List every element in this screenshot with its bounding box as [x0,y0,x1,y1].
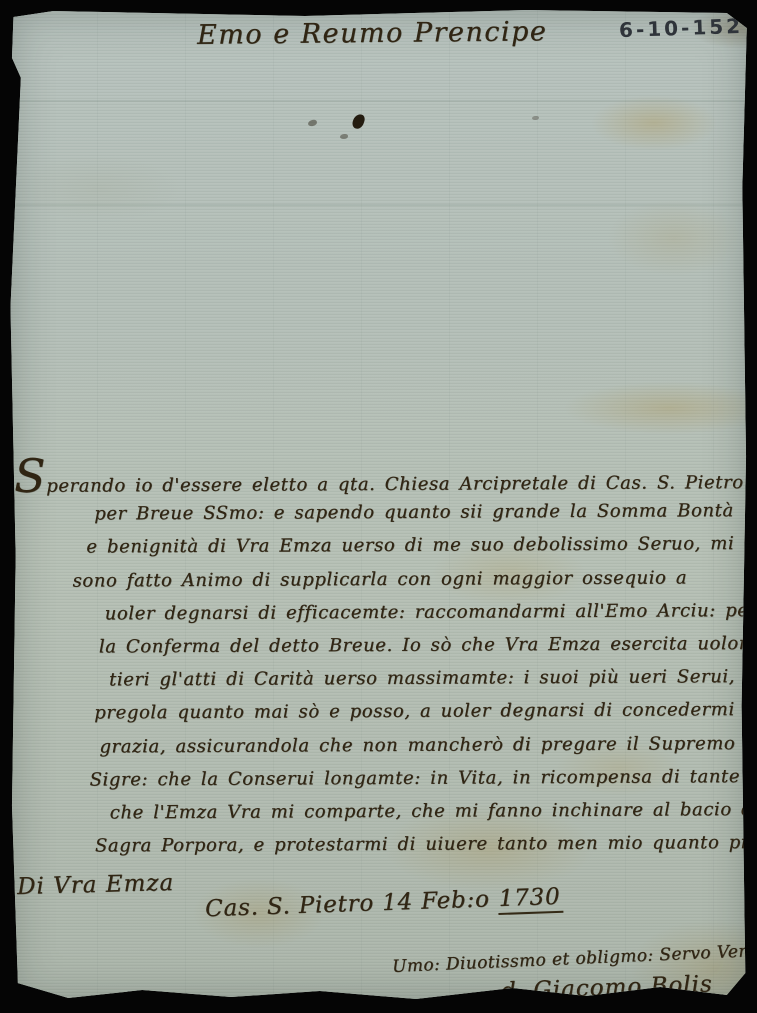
letter-line: la Conferma del detto Breue. Io sò che V… [99,633,749,670]
letter-paper: Emo e Reumo Prencipe 6-10-152 Sperando i… [9,8,749,1005]
letter-line: tieri gl'atti di Carità uerso massimamte… [109,666,749,703]
dateline-year: 1730 [497,884,564,915]
ink-blot [532,116,539,120]
dateline-place-date: Cas. S. Pietro 14 Feb:o [205,886,490,922]
ink-blot [351,113,366,131]
letter-line: uoler degnarsi di efficacemte: raccomand… [105,600,749,637]
paper-fold-line [9,100,749,102]
letter-line: sono fatto Animo di supplicarla con ogni… [72,567,748,604]
letter-salutation: Emo e Reumo Prencipe [197,16,548,51]
ink-blot [308,119,318,126]
archival-number: 6-10-152 [619,14,744,42]
letter-line: pregola quanto mai sò e posso, a uoler d… [94,699,749,736]
letter-line: e benignità di Vra Emza uerso di me suo … [86,533,748,570]
letter-line: Sagra Porpora, e protestarmi di uiuere t… [95,832,749,869]
paper-fold-line [9,204,749,206]
closing-salutation: Di Vra Emza [17,870,175,900]
letter-line: che l'Emza Vra mi comparte, che mi fanno… [110,799,749,836]
dateline: Cas. S. Pietro 14 Feb:o1730 [205,884,564,922]
letter-line: per Breue SSmo: e sapendo quanto sii gra… [94,500,748,537]
letter-line: Sperando io d'essere eletto a qta. Chies… [14,467,748,504]
scanned-letter-scan: { "archival_number": "6-10-152", "letter… [0,0,757,1013]
signature-name: d. Giacomo Bolis [501,971,714,1004]
ink-blot [340,134,348,139]
letter-line: Sigre: che la Conserui longamte: in Vita… [90,766,749,803]
letter-body: Sperando io d'essere eletto a qta. Chies… [9,467,749,869]
letter-line: grazia, assicurandola che non mancherò d… [99,733,749,770]
